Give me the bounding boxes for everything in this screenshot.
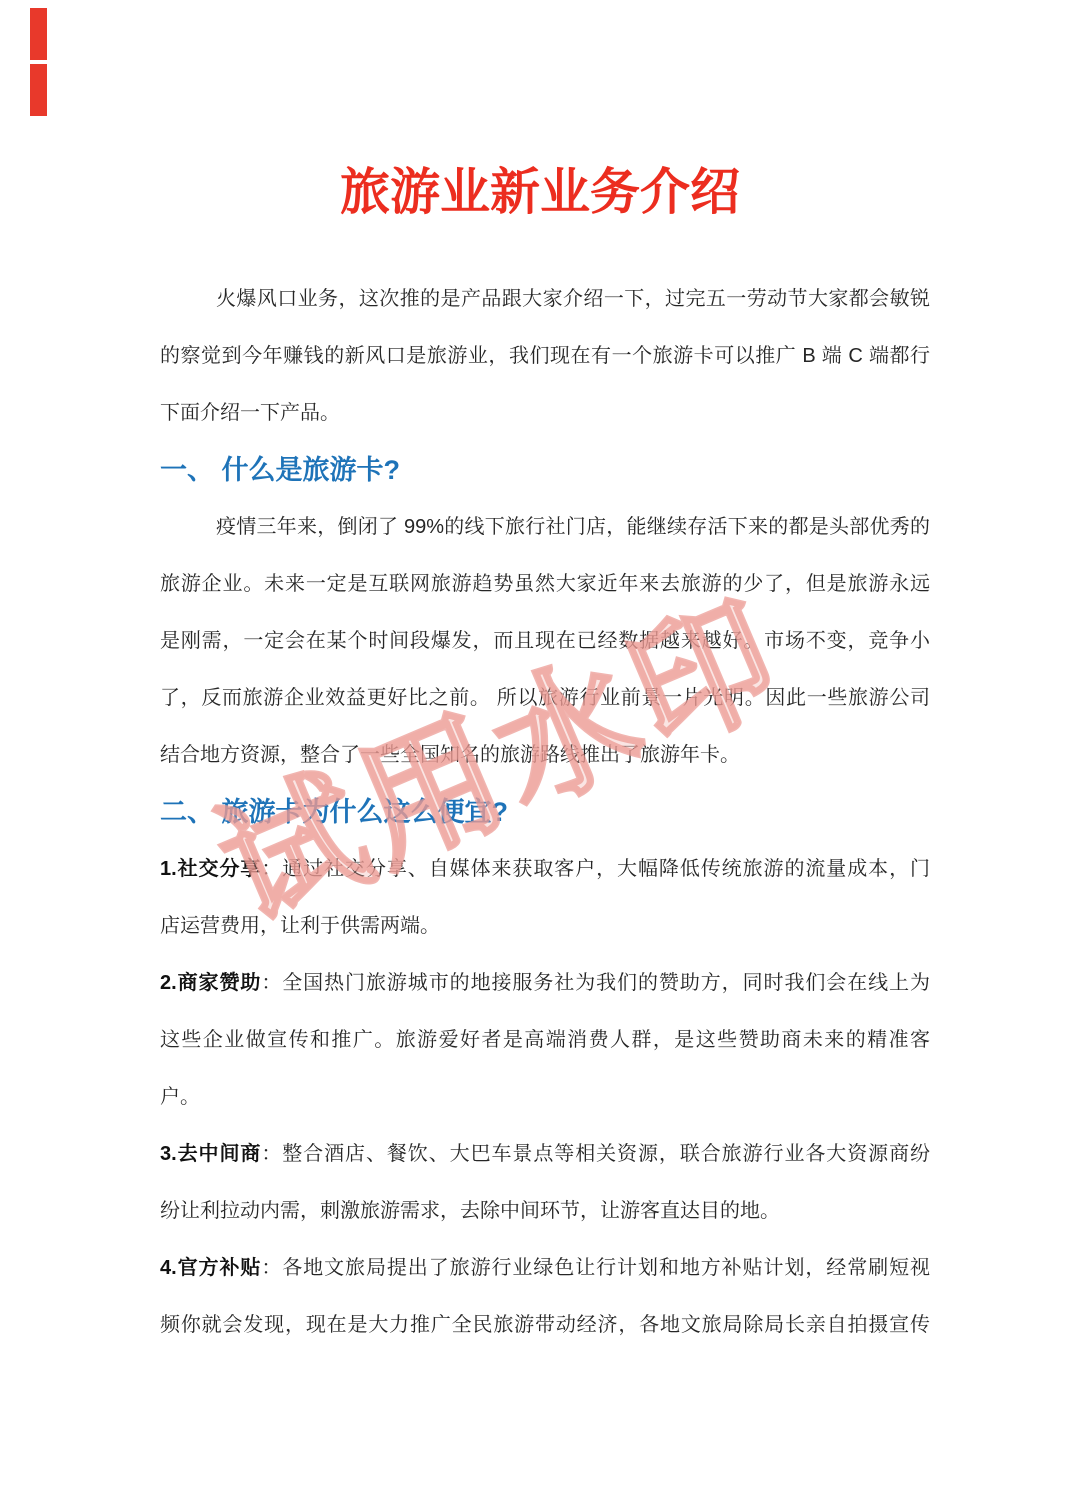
item-label: 3.去中间商 <box>160 1143 261 1165</box>
text-line: 了，反而旅游企业效益更好比之前。 所以旅游行业前景一片光明。因此一些旅游公司 <box>160 670 930 727</box>
list-item-no-middleman: 3.去中间商：整合酒店、餐饮、大巴车景点等相关资源，联合旅游行业各大资源商纷纷让… <box>160 1126 930 1240</box>
item-label: 1.社交分享 <box>160 858 261 880</box>
document-page: 旅游业新业务介绍 火爆风口业务，这次推的是产品跟大家介绍一下，过完五一劳动节大家… <box>0 0 1080 1504</box>
list-item-official-subsidy: 4.官方补贴：各地文旅局提出了旅游行业绿色让行计划和地方补贴计划，经常刷短视频你… <box>160 1240 930 1354</box>
intro-paragraph: 火爆风口业务，这次推的是产品跟大家介绍一下，过完五一劳动节大家都会敏锐的察觉到今… <box>160 271 930 442</box>
page-edge-mark-bottom <box>30 64 47 116</box>
text-line: 1.社交分享：通过社交分享、自媒体来获取客户，大幅降低传统旅游的流量成本，门 <box>160 841 930 898</box>
section-heading-1: 一、 什么是旅游卡? <box>160 442 930 499</box>
item-label: 2.商家赞助 <box>160 972 261 994</box>
text-line: 疫情三年来，倒闭了 99%的线下旅行社门店，能继续存活下来的都是头部优秀的 <box>160 499 930 556</box>
section-heading-2: 二、 旅游卡为什么这么便宜? <box>160 784 930 841</box>
list-item-merchant-sponsor: 2.商家赞助：全国热门旅游城市的地接服务社为我们的赞助方，同时我们会在线上为这些… <box>160 955 930 1126</box>
item-label: 4.官方补贴 <box>160 1257 261 1279</box>
list-item-social-sharing: 1.社交分享：通过社交分享、自媒体来获取客户，大幅降低传统旅游的流量成本，门店运… <box>160 841 930 955</box>
text-line: 下面介绍一下产品。 <box>160 385 930 442</box>
text-line: 旅游企业。未来一定是互联网旅游趋势虽然大家近年来去旅游的少了，但是旅游永远 <box>160 556 930 613</box>
section-1-paragraph: 疫情三年来，倒闭了 99%的线下旅行社门店，能继续存活下来的都是头部优秀的旅游企… <box>160 499 930 784</box>
page-edge-mark-top <box>30 8 47 60</box>
text-line: 结合地方资源，整合了一些全国知名的旅游路线推出了旅游年卡。 <box>160 727 930 784</box>
text-line: 3.去中间商：整合酒店、餐饮、大巴车景点等相关资源，联合旅游行业各大资源商纷 <box>160 1126 930 1183</box>
text-line: 火爆风口业务，这次推的是产品跟大家介绍一下，过完五一劳动节大家都会敏锐 <box>160 271 930 328</box>
text-line: 纷让利拉动内需，刺激旅游需求，去除中间环节，让游客直达目的地。 <box>160 1183 930 1240</box>
text-line: 4.官方补贴：各地文旅局提出了旅游行业绿色让行计划和地方补贴计划，经常刷短视 <box>160 1240 930 1297</box>
text-line: 是刚需，一定会在某个时间段爆发，而且现在已经数据越来越好。市场不变，竞争小 <box>160 613 930 670</box>
text-line: 的察觉到今年赚钱的新风口是旅游业，我们现在有一个旅游卡可以推广 B 端 C 端都… <box>160 328 930 385</box>
document-body: 火爆风口业务，这次推的是产品跟大家介绍一下，过完五一劳动节大家都会敏锐的察觉到今… <box>160 271 930 1354</box>
text-line: 频你就会发现，现在是大力推广全民旅游带动经济，各地文旅局除局长亲自拍摄宣传 <box>160 1297 930 1354</box>
text-line: 2.商家赞助：全国热门旅游城市的地接服务社为我们的赞助方，同时我们会在线上为 <box>160 955 930 1012</box>
text-line: 店运营费用，让利于供需两端。 <box>160 898 930 955</box>
text-line: 这些企业做宣传和推广。旅游爱好者是高端消费人群，是这些赞助商未来的精准客 <box>160 1012 930 1069</box>
text-line: 户。 <box>160 1069 930 1126</box>
document-title: 旅游业新业务介绍 <box>0 162 1080 222</box>
